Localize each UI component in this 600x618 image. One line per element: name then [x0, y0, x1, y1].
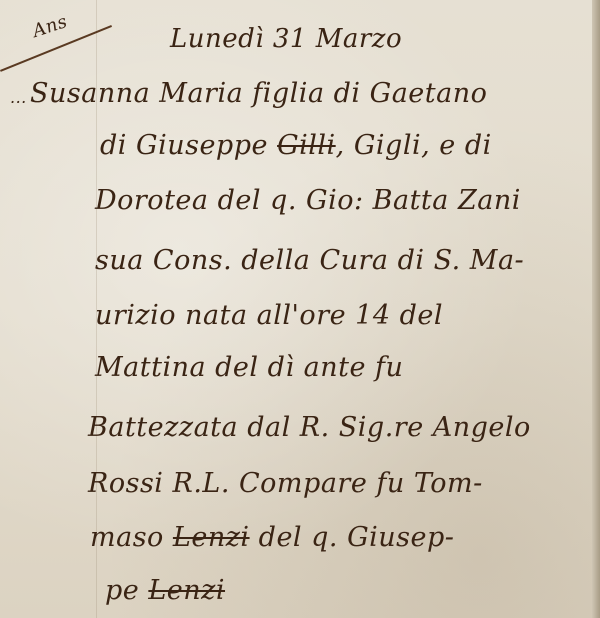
- struck-word: Gilli: [277, 130, 336, 161]
- entry-line-5: urizio nata all'ore 14 del: [95, 300, 443, 331]
- entry-line-7: Battezzata dal R. Sig.re Angelo: [88, 412, 531, 443]
- entry-line-10: pe Lenzi: [105, 575, 225, 606]
- entry-line-2: di Giuseppe Gilli, Gigli, e di: [100, 130, 492, 161]
- struck-word: Lenzi: [173, 522, 250, 553]
- entry-line-8: Rossi R.L. Compare fu Tom-: [88, 468, 483, 499]
- margin-note: Ans: [30, 11, 70, 42]
- date-heading: Lunedì 31 Marzo: [170, 24, 402, 54]
- entry-line-9: maso Lenzi del q. Giusep-: [90, 522, 454, 553]
- entry-line-3: Dorotea del q. Gio: Batta Zani: [95, 185, 521, 216]
- entry-line-2-text: di Giuseppe Gilli, Gigli, e di: [100, 130, 492, 161]
- manuscript-page: Ans Lunedì 31 Marzo ... Susanna Maria fi…: [0, 0, 600, 618]
- leading-marks: ...: [10, 88, 27, 107]
- page-right-edge: [592, 0, 600, 618]
- entry-line-6: Mattina del dì ante fu: [95, 352, 403, 383]
- entry-line-4: sua Cons. della Cura di S. Ma-: [95, 245, 524, 276]
- entry-line-1: Susanna Maria figlia di Gaetano: [30, 78, 487, 109]
- struck-word: Lenzi: [148, 575, 225, 606]
